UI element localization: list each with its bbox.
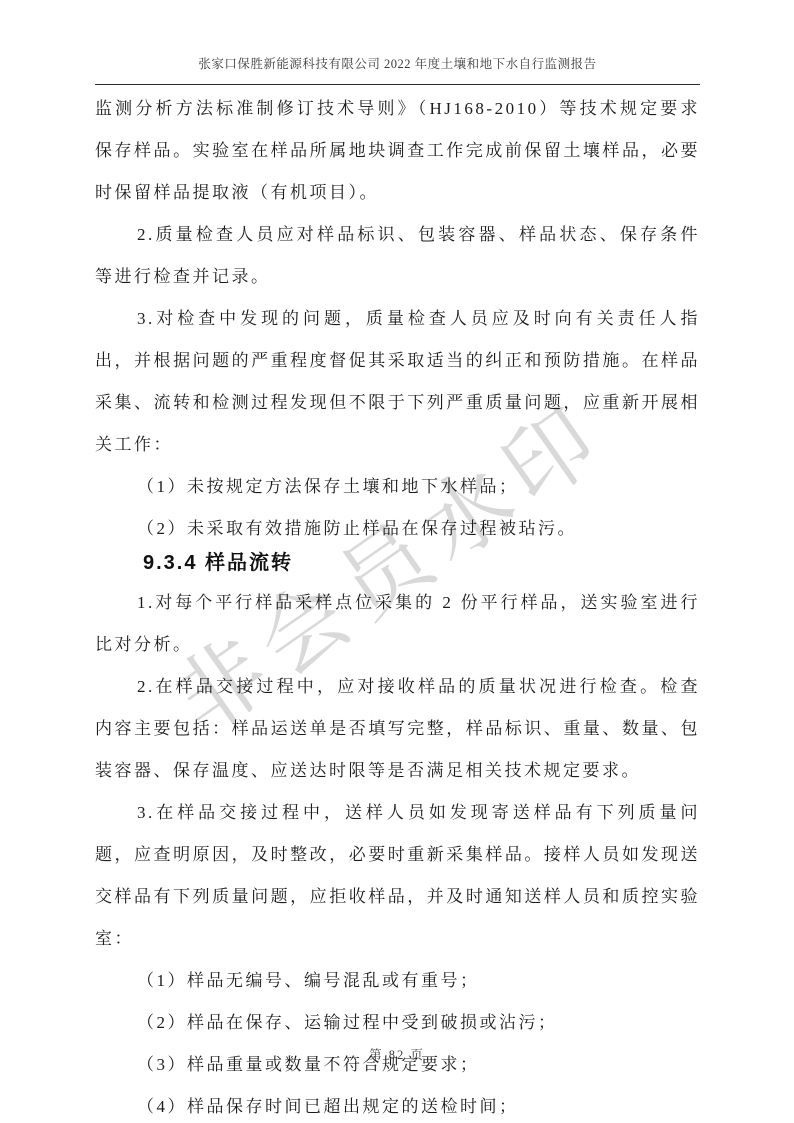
paragraph-parallel-samples: 1.对每个平行样品采样点位采集的 2 份平行样品，送实验室进行比对分析。: [95, 582, 700, 666]
list-item-rejection-reason-2: （2）样品在保存、运输过程中受到破损或沾污；: [95, 1002, 700, 1044]
document-page: 非会员水印 张家口保胜新能源科技有限公司 2022 年度土壤和地下水自行监测报告…: [0, 0, 794, 1123]
page-header-title: 张家口保胜新能源科技有限公司 2022 年度土壤和地下水自行监测报告: [95, 54, 700, 72]
document-body: 监测分析方法标准制修订技术导则》（HJ168-2010）等技术规定要求保存样品。…: [95, 88, 700, 1123]
list-item-rejection-reason-4: （4）样品保存时间已超出规定的送检时间；: [95, 1086, 700, 1123]
list-item-serious-problem-1: （1）未按规定方法保存土壤和地下水样品；: [95, 466, 700, 508]
paragraph-handover-inspection: 2.在样品交接过程中，应对接收样品的质量状况进行检查。检查内容主要包括：样品运送…: [95, 666, 700, 792]
paragraph-handover-problems: 3.在样品交接过程中，送样人员如发现寄送样品有下列质量问题，应查明原因，及时整改…: [95, 792, 700, 960]
list-item-rejection-reason-1: （1）样品无编号、编号混乱或有重号；: [95, 960, 700, 1002]
paragraph-quality-inspection: 2.质量检查人员应对样品标识、包装容器、样品状态、保存条件等进行检查并记录。: [95, 214, 700, 298]
page-number: 第 82 页: [0, 1045, 794, 1063]
paragraph-problems-found: 3.对检查中发现的问题，质量检查人员应及时向有关责任人指出，并根据问题的严重程度…: [95, 298, 700, 466]
paragraph-sample-storage-continuation: 监测分析方法标准制修订技术导则》（HJ168-2010）等技术规定要求保存样品。…: [95, 88, 700, 214]
header-rule: [95, 84, 700, 85]
